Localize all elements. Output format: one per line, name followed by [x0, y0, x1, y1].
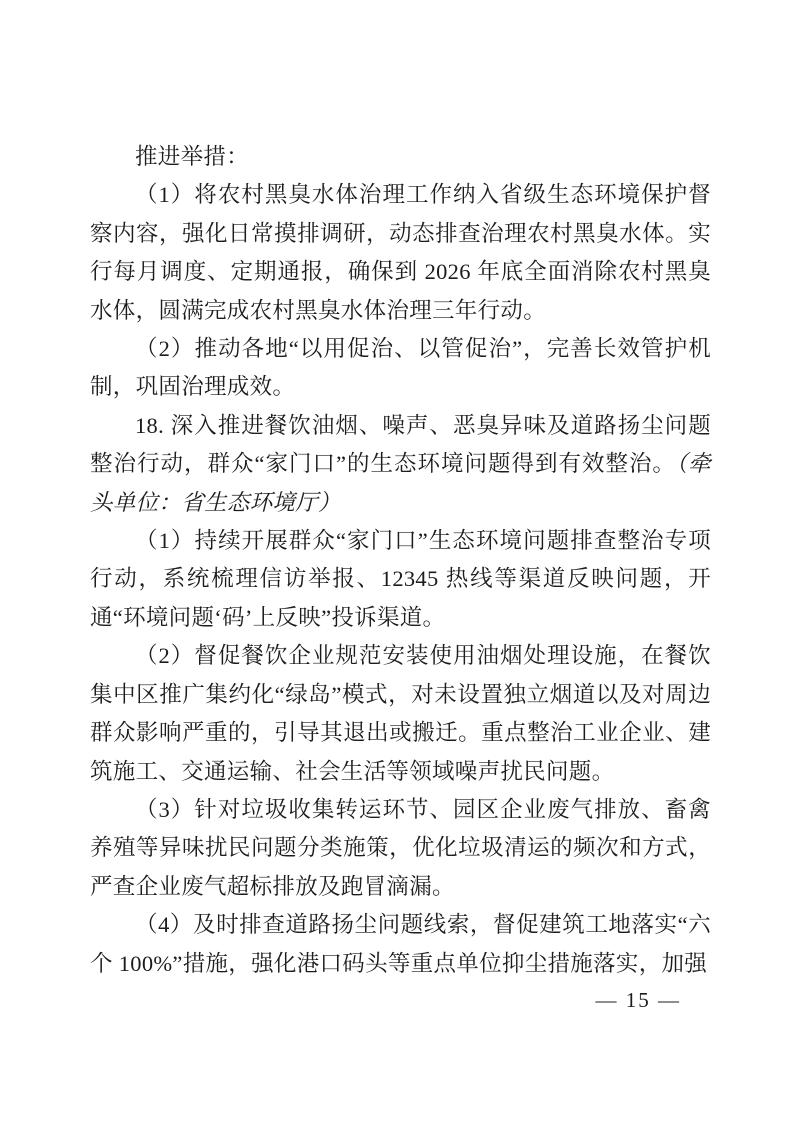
paragraph-sub-2-catering-fume: （2）督促餐饮企业规范安装使用油烟处理设施，在餐饮集中区推广集约化“绿岛”模式，…: [90, 637, 711, 791]
paragraph-sub-4-road-dust: （4）及时排查道路扬尘问题线索，督促建筑工地落实“六个 100%”措施，强化港口…: [90, 906, 711, 983]
task-18-text: 18. 深入推进餐饮油烟、噪声、恶臭异味及道路扬尘问题整治行动，群众“家门口”的…: [90, 413, 711, 476]
document-body: 推进举措： （1）将农村黑臭水体治理工作纳入省级生态环境保护督察内容，强化日常摸…: [90, 138, 711, 983]
page-number: — 15 —: [596, 988, 682, 1013]
paragraph-sub-1-doorstep-issues: （1）持续开展群众“家门口”生态环境问题排查整治专项行动，系统梳理信访举报、12…: [90, 522, 711, 637]
paragraph-sub-3-garbage-odor: （3）针对垃圾收集转运环节、园区企业废气排放、畜禽养殖等异味扰民问题分类施策，优…: [90, 791, 711, 906]
paragraph-heading-measures: 推进举措：: [90, 138, 711, 176]
paragraph-item-2-long-term-mechanism: （2）推动各地“以用促治、以管促治”，完善长效管护机制，巩固治理成效。: [90, 330, 711, 407]
paragraph-item-1-black-odor-water: （1）将农村黑臭水体治理工作纳入省级生态环境保护督察内容，强化日常摸排调研，动态…: [90, 176, 711, 330]
document-page: 推进举措： （1）将农村黑臭水体治理工作纳入省级生态环境保护督察内容，强化日常摸…: [0, 0, 793, 1122]
paragraph-task-18: 18. 深入推进餐饮油烟、噪声、恶臭异味及道路扬尘问题整治行动，群众“家门口”的…: [90, 407, 711, 522]
